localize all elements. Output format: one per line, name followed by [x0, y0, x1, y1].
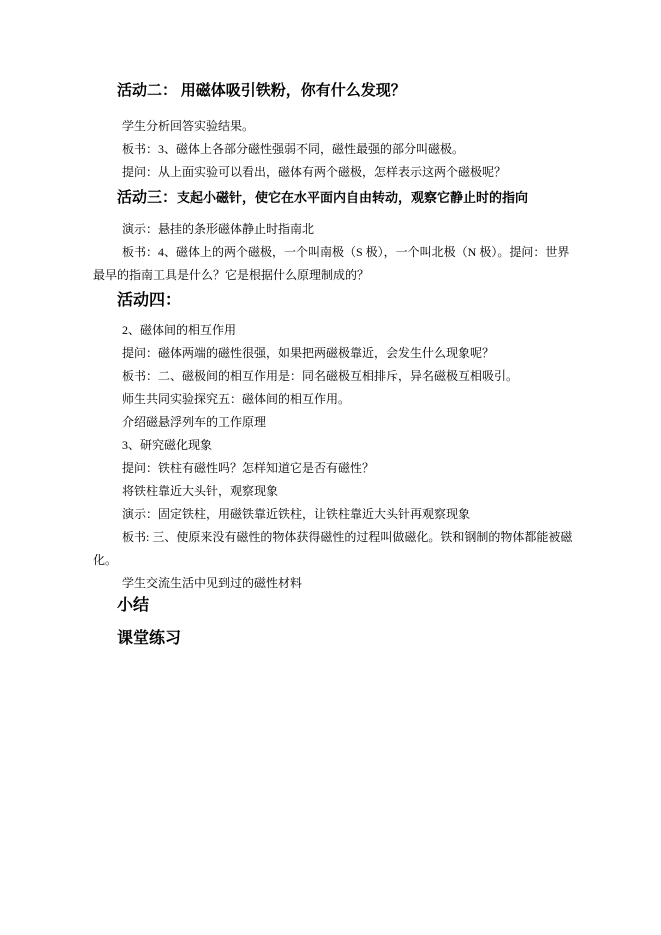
class-exercise-heading: 课堂练习 — [117, 628, 577, 650]
para-share-materials: 学生交流生活中见到过的磁性材料 — [93, 572, 577, 595]
para-board-note-three: 板书: 三、使原来没有磁性的物体获得磁性的过程叫做磁化。铁和钢制的物体都能被磁化… — [93, 526, 577, 572]
para-maglev-principle: 介绍磁悬浮列车的工作原理 — [93, 411, 577, 434]
para-board-note-4: 板书：4、磁体上的两个磁极，一个叫南极（S 极），一个叫北极（N 极）。提问：世… — [93, 241, 577, 287]
para-mutual-interaction: 2、磁体间的相互作用 — [93, 319, 577, 342]
activity4-heading: 活动四： — [117, 290, 577, 312]
para-question-poles: 提问：从上面实验可以看出，磁体有两个磁极，怎样表示这两个磁极呢？ — [93, 161, 577, 184]
activity3-heading-description: 支起小磁针，使它在水平面内自由转动，观察它静止时的指向 — [177, 190, 528, 205]
para-magnetization-study: 3、研究磁化现象 — [93, 434, 577, 457]
para-student-analysis: 学生分析回答实验结果。 — [93, 115, 577, 138]
activity3-heading-label: 活动三： — [117, 190, 177, 206]
document-page: 活动二： 用磁体吸引铁粉，你有什么发现？ 学生分析回答实验结果。 板书：3、磁体… — [0, 0, 661, 935]
para-board-note-two: 板书：二、磁极间的相互作用是：同名磁极互相排斥，异名磁极互相吸引。 — [93, 365, 577, 388]
activity3-heading: 活动三：支起小磁针，使它在水平面内自由转动，观察它静止时的指向 — [117, 187, 577, 209]
para-iron-pins: 将铁柱靠近大头针，观察现象 — [93, 480, 577, 503]
activity2-heading: 活动二： 用磁体吸引铁粉，你有什么发现？ — [117, 80, 577, 102]
para-question-approach: 提问：磁体两端的磁性很强，如果把两磁极靠近，会发生什么现象呢？ — [93, 342, 577, 365]
para-board-note-3: 板书：3、磁体上各部分磁性强弱不同，磁性最强的部分叫磁极。 — [93, 138, 577, 161]
para-explore-five: 师生共同实验探究五：磁体间的相互作用。 — [93, 388, 577, 411]
summary-heading: 小结 — [117, 595, 577, 617]
para-demo-iron: 演示：固定铁柱，用磁铁靠近铁柱，让铁柱靠近大头针再观察现象 — [93, 503, 577, 526]
para-demo-compass: 演示：悬挂的条形磁体静止时指南北 — [93, 218, 577, 241]
para-question-iron: 提问：铁柱有磁性吗？怎样知道它是否有磁性？ — [93, 457, 577, 480]
